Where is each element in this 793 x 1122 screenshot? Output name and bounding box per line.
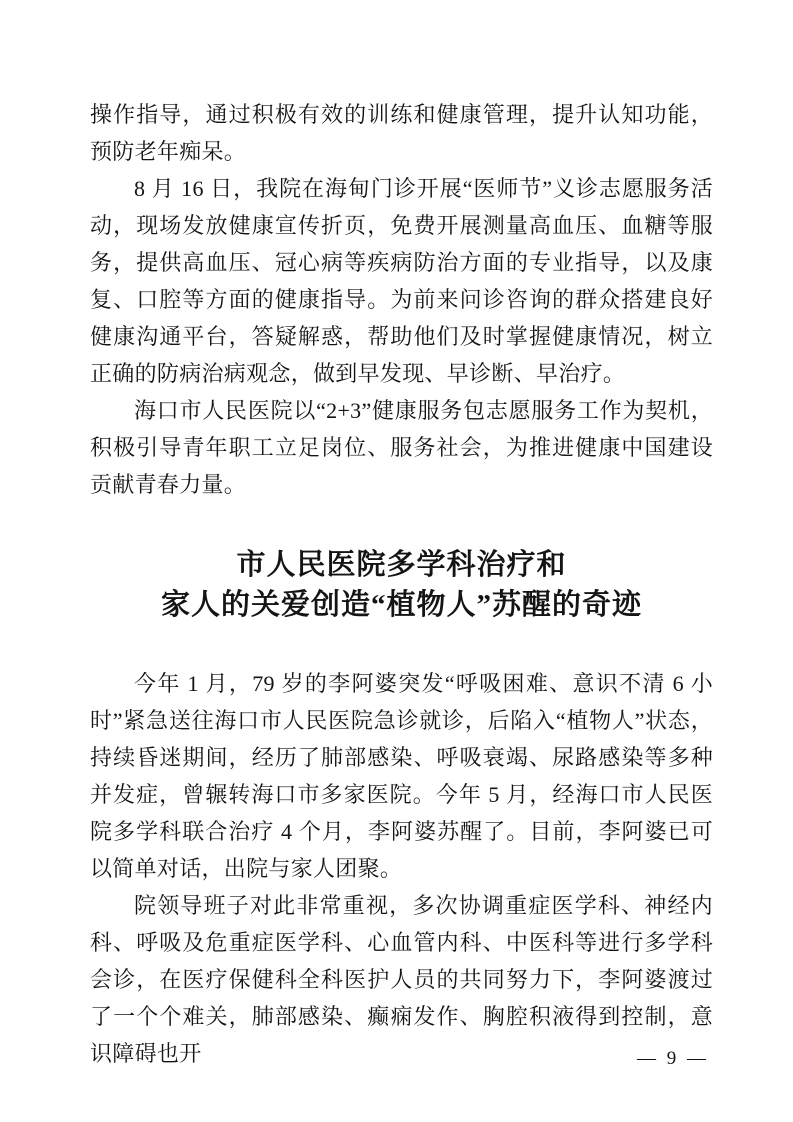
paragraph-patient-story: 今年 1 月，79 岁的李阿婆突发“呼吸困难、意识不清 6 小时”紧急送往海口市… [90,665,713,887]
article-continuation: 操作指导，通过积极有效的训练和健康管理，提升认知功能，预防老年痴呆。 8 月 1… [90,96,713,503]
article-title-line-2: 家人的关爱创造“植物人”苏醒的奇迹 [90,585,713,625]
paragraph-continuation: 操作指导，通过积极有效的训练和健康管理，提升认知功能，预防老年痴呆。 [90,96,713,170]
paragraph-article-conclusion: 海口市人民医院以“2+3”健康服务包志愿服务工作为契机，积极引导青年职工立足岗位… [90,392,713,503]
page-number: — 9 — [637,1048,709,1069]
paragraph-doctors-day-activity: 8 月 16 日，我院在海甸门诊开展“医师节”义诊志愿服务活动，现场发放健康宣传… [90,170,713,392]
document-page: 操作指导，通过积极有效的训练和健康管理，提升认知功能，预防老年痴呆。 8 月 1… [0,0,793,1122]
article-title-line-1: 市人民医院多学科治疗和 [90,545,713,585]
article-title: 市人民医院多学科治疗和 家人的关爱创造“植物人”苏醒的奇迹 [90,545,713,625]
page-footer: — 9 — [637,1048,709,1070]
article-plant-person-miracle: 市人民医院多学科治疗和 家人的关爱创造“植物人”苏醒的奇迹 今年 1 月，79 … [90,545,713,1072]
paragraph-multidisciplinary-treatment: 院领导班子对此非常重视，多次协调重症医学科、神经内科、呼吸及危重症医学科、心血管… [90,887,713,1072]
